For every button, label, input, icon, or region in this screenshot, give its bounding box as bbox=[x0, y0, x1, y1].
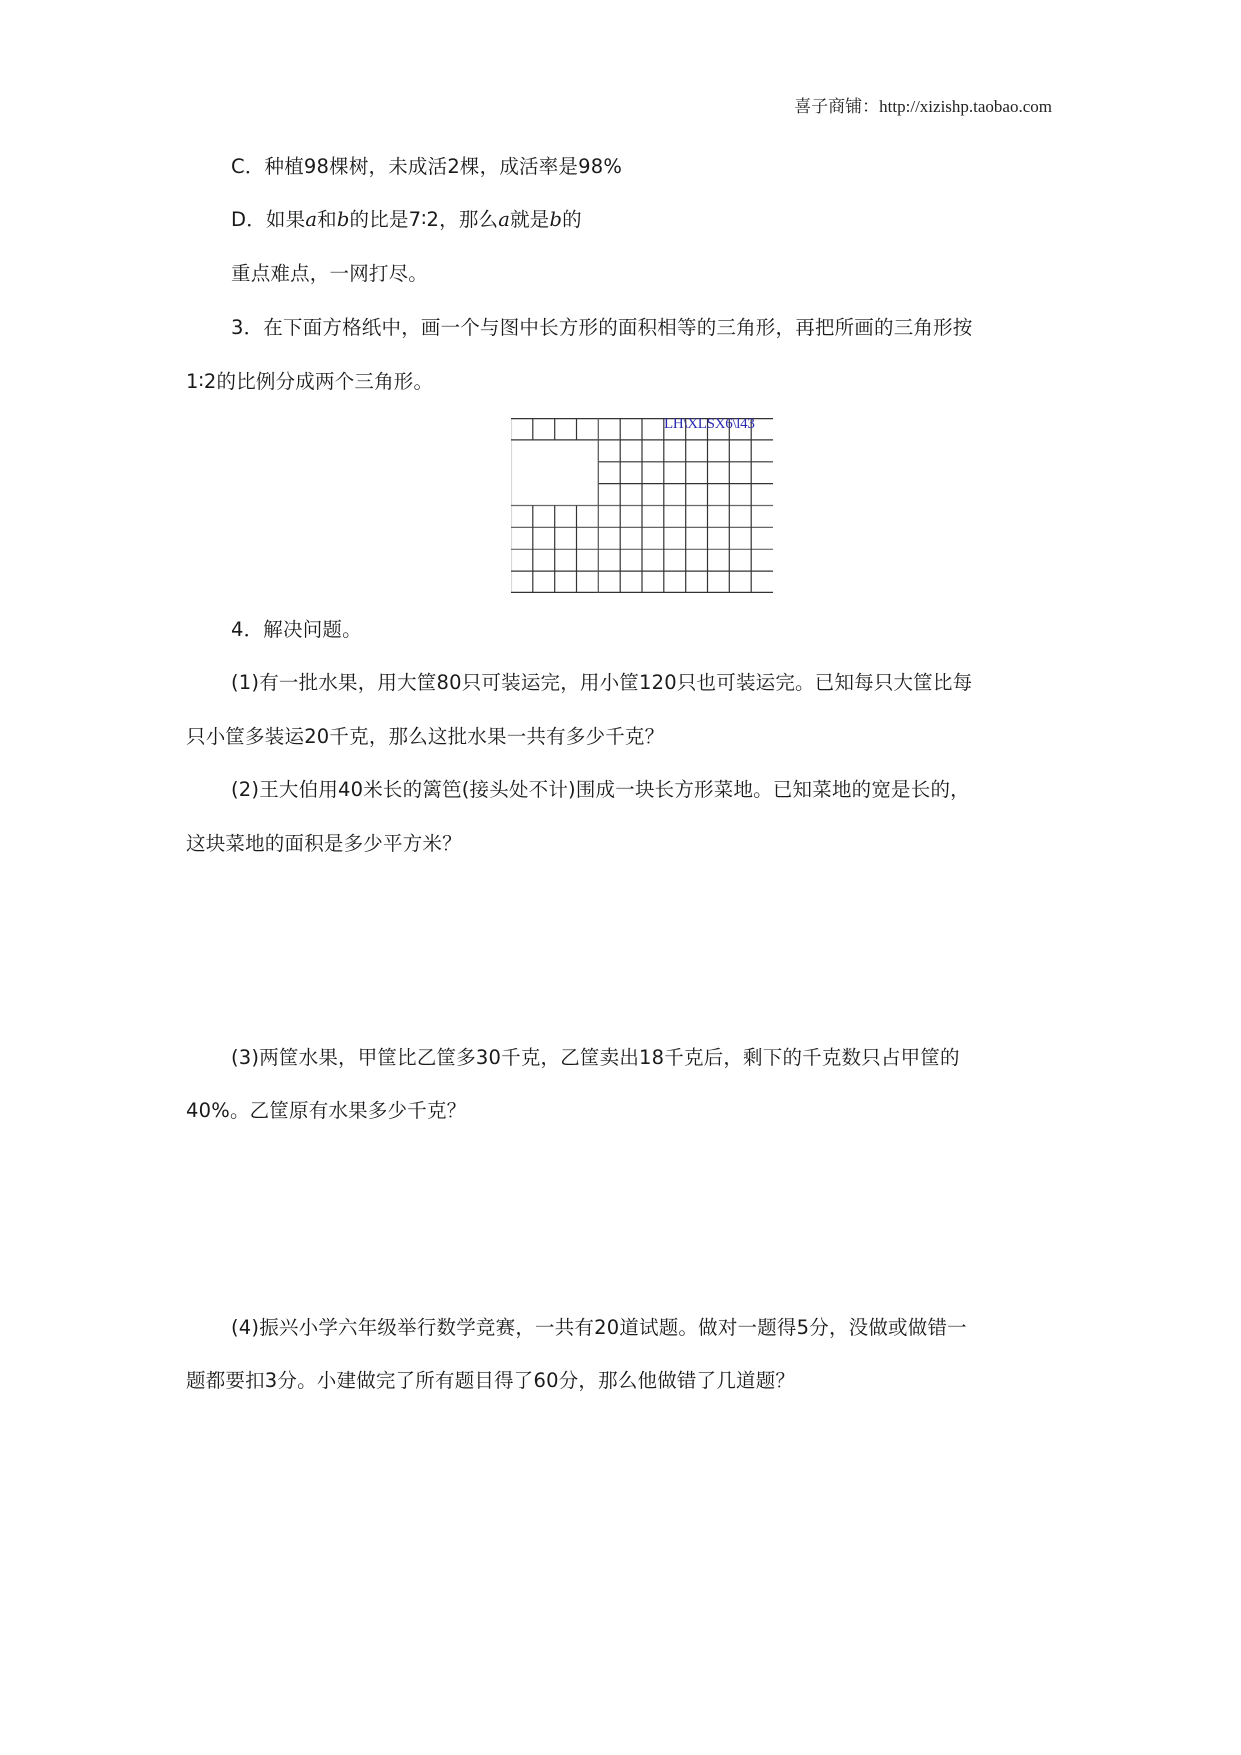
section-heading: 重点难点，一网打尽。 bbox=[231, 260, 428, 288]
var-a: a bbox=[498, 208, 510, 231]
option-d-text: 的比是7∶2，那么 bbox=[350, 208, 499, 231]
grid-figure: LH\XLSX6\l43 bbox=[511, 418, 773, 593]
question-4-heading: 4．解决问题。 bbox=[231, 616, 362, 644]
question-4-2-line-1: (2)王大伯用40米长的篱笆(接头处不计)围成一块长方形菜地。已知菜地的宽是长的… bbox=[231, 776, 970, 804]
question-3-line-1: 3．在下面方格纸中，画一个与图中长方形的面积相等的三角形，再把所画的三角形按 bbox=[231, 314, 973, 342]
question-4-1-line-1: (1)有一批水果，用大筐80只可装运完，用小筐120只也可装运完。已知每只大筐比… bbox=[231, 669, 972, 697]
var-a: a bbox=[305, 208, 317, 231]
option-d-prefix: D．如果 bbox=[231, 208, 305, 231]
shop-header: 喜子商铺：http://xizishp.taobao.com bbox=[794, 92, 1052, 117]
question-4-2-line-2: 这块菜地的面积是多少平方米？ bbox=[186, 830, 462, 858]
question-4-1-line-2: 只小筐多装运20千克，那么这批水果一共有多少千克？ bbox=[186, 723, 664, 751]
option-d-text: 就是 bbox=[510, 208, 549, 231]
option-d-suffix: 的 bbox=[562, 208, 582, 231]
question-4-3-line-2: 40%。乙筐原有水果多少千克？ bbox=[186, 1097, 466, 1125]
var-b: b bbox=[549, 208, 562, 231]
grid-paper bbox=[511, 418, 773, 593]
option-c: C．种植98棵树，未成活2棵，成活率是98% bbox=[231, 153, 622, 181]
figure-code-label: LH\XLSX6\l43 bbox=[664, 416, 755, 433]
option-d-text: 和 bbox=[317, 208, 337, 231]
question-4-4-line-1: (4)振兴小学六年级举行数学竞赛，一共有20道试题。做对一题得5分，没做或做错一 bbox=[231, 1314, 967, 1342]
var-b: b bbox=[337, 208, 350, 231]
question-4-4-line-2: 题都要扣3分。小建做完了所有题目得了60分，那么他做错了几道题？ bbox=[186, 1367, 795, 1395]
option-d: D．如果a和b的比是7∶2，那么a就是b的 bbox=[231, 206, 582, 234]
question-3-line-2: 1∶2的比例分成两个三角形。 bbox=[186, 368, 433, 396]
question-4-3-line-1: (3)两筐水果，甲筐比乙筐多30千克，乙筐卖出18千克后，剩下的千克数只占甲筐的 bbox=[231, 1044, 960, 1072]
